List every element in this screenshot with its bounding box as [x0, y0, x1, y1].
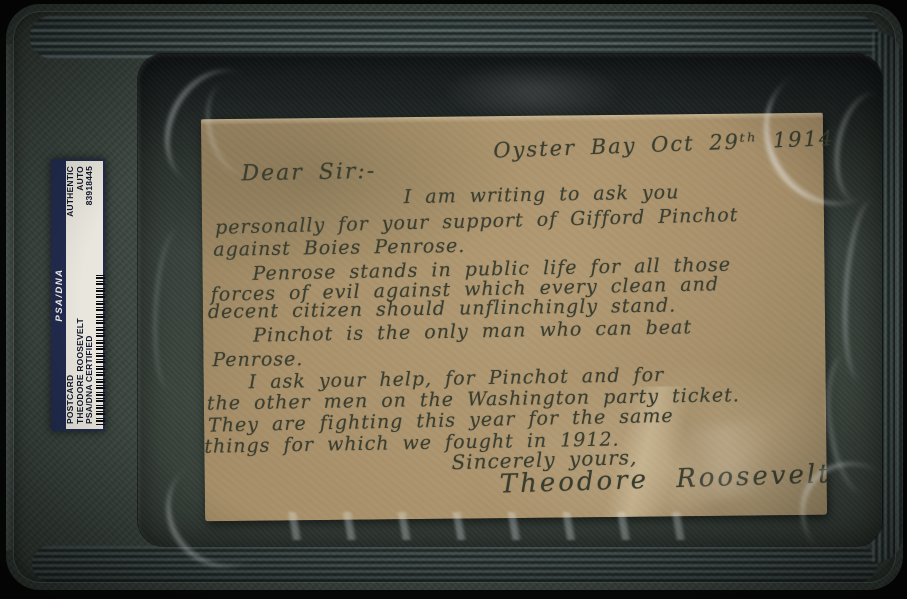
plastic-glare	[150, 229, 197, 391]
letter-line: Penrose.	[212, 348, 303, 371]
postcard-top-edge-highlight	[201, 113, 823, 126]
display-window: Oyster Bay Oct 29ᵗʰ 1914 Dear Sir:- I am…	[138, 54, 882, 546]
case-bottom-seam	[32, 546, 877, 582]
postcard: Oyster Bay Oct 29ᵗʰ 1914 Dear Sir:- I am…	[201, 113, 827, 521]
letter-line: against Boies Penrose.	[213, 235, 465, 261]
photo-of-slabbed-postcard: Oyster Bay Oct 29ᵗʰ 1914 Dear Sir:- I am…	[0, 0, 907, 599]
case-left-edge	[6, 44, 16, 550]
label-row: PSA/DNA CERTIFIED 83918445	[85, 161, 95, 429]
letter-line: I am writing to ask you	[404, 181, 680, 208]
label-certified: PSA/DNA CERTIFIED	[85, 335, 95, 424]
case-top-seam	[30, 16, 879, 58]
letter-dateline: Oyster Bay Oct 29ᵗʰ 1914	[493, 126, 835, 162]
plastic-glare	[438, 62, 628, 122]
label-cert-number: 83918445	[85, 166, 95, 205]
barcode-icon	[96, 273, 105, 425]
psa-slab-case: Oyster Bay Oct 29ᵗʰ 1914 Dear Sir:- I am…	[6, 4, 903, 590]
psa-dna-cert-label: PSA/DNA POSTCARD AUTHENTIC THEODORE ROOS…	[51, 159, 105, 431]
letter-salutation: Dear Sir:-	[241, 159, 376, 187]
letter-line: personally for your support of Gifford P…	[215, 204, 739, 239]
